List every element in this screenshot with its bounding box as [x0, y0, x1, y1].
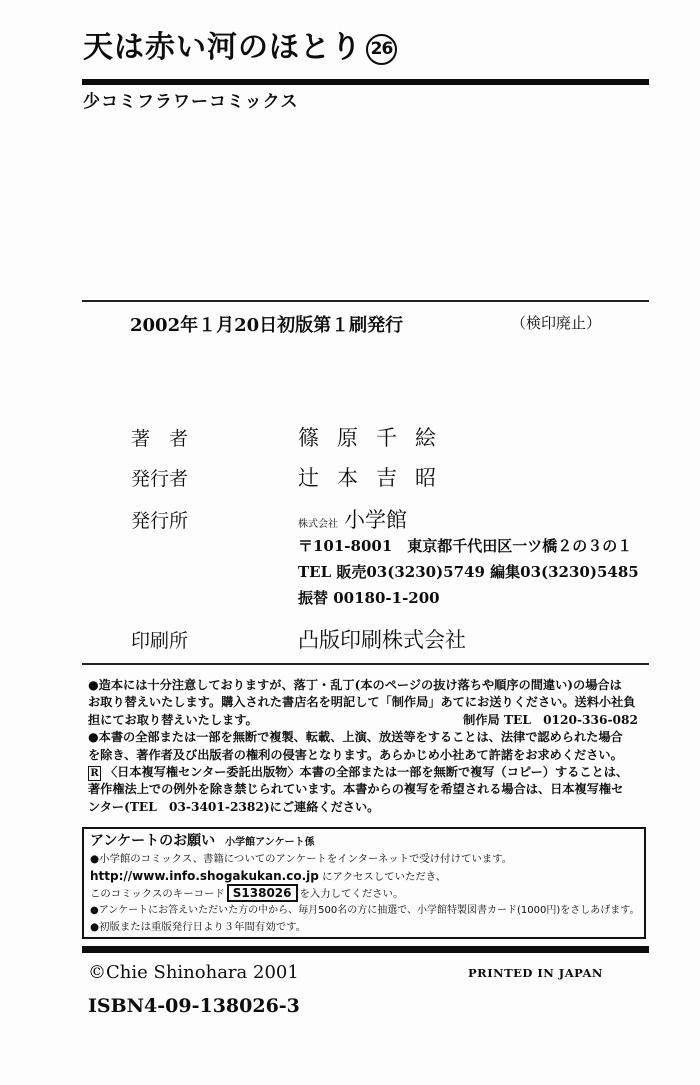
title-text: 天は赤い河のほとり — [83, 30, 362, 65]
survey-dept: 小学館アンケート係 — [225, 837, 314, 848]
note-line: ●本書の全部または一部を無断で複製、転載、上演、放送等をすることは、法律で認めら… — [88, 729, 648, 746]
publisher-transfer-account: 振替 00180-1-200 — [298, 587, 440, 608]
publisher-name: 株式会社小学館 — [298, 504, 407, 534]
printer-name: 凸版印刷株式会社 — [298, 624, 466, 654]
production-dept-tel: 制作局 TEL 0120-336-082 — [463, 712, 638, 729]
issuer-name: 辻本吉昭 — [298, 462, 454, 492]
author-label: 著 者 — [131, 424, 188, 451]
legal-notes: ●造本には十分注意しておりますが、落丁・乱丁(本のページの抜け落ちや順序の間違い… — [88, 677, 648, 816]
isbn: ISBN4-09-138026-3 — [88, 995, 300, 1017]
publication-date: 2002年１月20日初版第１刷発行 — [130, 311, 403, 337]
note-line: 担にてお取り替えいたします。制作局 TEL 0120-336-082 — [88, 712, 648, 729]
note-line: R〈日本複写権センター委託出版物〉本書の全部または一部を無断で複写（コピー）する… — [88, 764, 648, 781]
publisher-address: 〒101-8001 東京都千代田区一ツ橋２の３の１ — [298, 535, 632, 556]
note-line: ●造本には十分注意しておりますが、落丁・乱丁(本のページの抜け落ちや順序の間違い… — [88, 677, 648, 694]
printer-label: 印刷所 — [131, 626, 188, 653]
colophon-top-rule — [82, 300, 649, 302]
survey-line: http://www.info.shogakukan.co.jp にアクセスして… — [90, 868, 644, 885]
volume-number-badge: 26 — [366, 34, 397, 65]
note-line: を除き、著作者及び出版者の権利の侵害となります。あらかじめ小社あて許諾をお求めく… — [88, 747, 648, 764]
note-line: ンター(TEL 03-3401-2382)にご連絡ください。 — [88, 799, 648, 816]
note-line: お取り替えいたします。購入された書店名を明記して「制作局」あてにお送りください。… — [88, 694, 648, 711]
issuer-label: 発行者 — [131, 464, 188, 491]
survey-box: アンケートのお願い小学館アンケート係 ●小学館のコミックス、書籍についてのアンケ… — [82, 827, 646, 939]
book-title: 天は赤い河のほとり26 — [83, 22, 397, 66]
corp-prefix: 株式会社 — [298, 519, 338, 530]
survey-heading: アンケートのお願い小学館アンケート係 — [90, 833, 644, 851]
survey-url-link[interactable]: http://www.info.shogakukan.co.jp — [90, 869, 319, 883]
copyright: ©Chie Shinohara 2001 — [88, 962, 299, 983]
notes-top-rule — [82, 663, 649, 665]
printed-in-japan: PRINTED IN JAPAN — [468, 966, 603, 980]
survey-line: このコミックスのキーコードS138026を入力してください。 — [90, 885, 644, 902]
series-label: 少コミフラワーコミックス — [83, 87, 299, 112]
publisher-tel: TEL 販売03(3230)5749 編集03(3230)5485 — [298, 561, 639, 582]
note-line: 著作権法上での例外を除き禁じられています。本書からの複写を希望される場合は、日本… — [88, 781, 648, 798]
publisher-label: 発行所 — [131, 506, 188, 533]
footer-rule — [82, 946, 649, 953]
key-code: S138026 — [227, 884, 298, 902]
header-rule — [82, 79, 649, 85]
seal-abolished-note: （検印廃止） — [511, 312, 601, 333]
copyright-r-icon: R — [88, 766, 101, 781]
author-name: 篠原千絵 — [298, 422, 454, 452]
survey-line: ●小学館のコミックス、書籍についてのアンケートをインターネットで受け付けています… — [90, 851, 644, 867]
survey-line: ●初版または重版発行日より３年間有効です。 — [90, 919, 644, 935]
survey-line: ●アンケートにお答えいただいた方の中から、毎月500名の方に抽選で、小学館特製図… — [90, 903, 644, 919]
publisher-name-text: 小学館 — [344, 508, 407, 532]
